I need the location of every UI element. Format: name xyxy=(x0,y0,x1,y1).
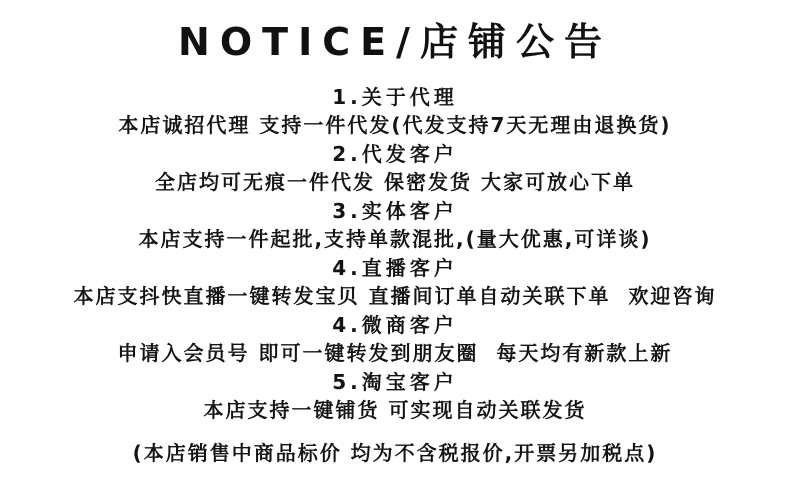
section-body-retail-store-customers: 本店支持一件起批,支持单款混批,(量大优惠,可详谈) xyxy=(0,226,790,253)
section-heading-taobao-customers: 5.淘宝客户 xyxy=(0,367,790,397)
section-body-taobao-customers: 本店支持一键铺货 可实现自动关联发货 xyxy=(0,397,790,424)
store-notice-board: NOTICE/店铺公告 1.关于代理 本店诚招代理 支持一件代发(代发支持7天无… xyxy=(0,0,790,480)
section-body-agents: 本店诚招代理 支持一件代发(代发支持7天无理由退换货) xyxy=(0,112,790,139)
section-body-dropship-customers: 全店均可无痕一件代发 保密发货 大家可放心下单 xyxy=(0,169,790,196)
notice-title: NOTICE/店铺公告 xyxy=(0,18,790,66)
section-body-livestream-customers: 本店支抖快直播一键转发宝贝 直播间订单自动关联下单 欢迎咨询 xyxy=(0,283,790,310)
section-heading-agents: 1.关于代理 xyxy=(0,82,790,112)
section-heading-dropship-customers: 2.代发客户 xyxy=(0,139,790,169)
tax-footnote: (本店销售中商品标价 均为不含税报价,开票另加税点) xyxy=(0,440,790,467)
section-heading-retail-store-customers: 3.实体客户 xyxy=(0,196,790,226)
section-heading-wechat-merchant-customers: 4.微商客户 xyxy=(0,310,790,340)
section-heading-livestream-customers: 4.直播客户 xyxy=(0,253,790,283)
section-body-wechat-merchant-customers: 申请入会员号 即可一键转发到朋友圈 每天均有新款上新 xyxy=(0,340,790,367)
